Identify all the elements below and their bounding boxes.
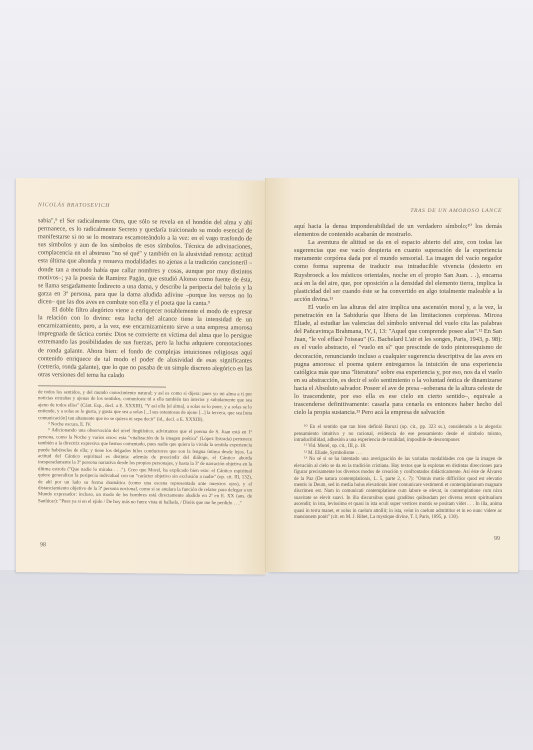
open-book: NICOLÁS BRATOSEVICH sabia",⁹ el Ser radi… bbox=[16, 178, 518, 572]
right-page: TRAS DE UN AMOROSO LANCE aquí hacia la d… bbox=[268, 178, 518, 572]
footnote: ⁹ Adicionando una observación del nivel … bbox=[38, 429, 252, 508]
background-surface bbox=[0, 570, 533, 750]
page-number: 99 bbox=[494, 536, 500, 542]
paragraph: El doble filtro alegórico viene a enriqu… bbox=[38, 306, 252, 381]
footnotes: de todos los sentidos, y del mundo conoc… bbox=[38, 390, 252, 508]
page-number: 98 bbox=[40, 542, 46, 548]
paragraph: La aventura de altitud se da en el espac… bbox=[294, 239, 502, 304]
footnote-rule bbox=[38, 385, 166, 387]
body-text: sabia",⁹ el Ser radicalmente Otro, que s… bbox=[38, 217, 252, 381]
paragraph: sabia",⁹ el Ser radicalmente Otro, que s… bbox=[38, 217, 252, 308]
background-top bbox=[0, 0, 533, 180]
left-page: NICOLÁS BRATOSEVICH sabia",⁹ el Ser radi… bbox=[16, 178, 266, 575]
body-text: aquí hacia la densa imponderabilidad de … bbox=[294, 223, 502, 417]
running-head-author: NICOLÁS BRATOSEVICH bbox=[38, 202, 252, 210]
running-head-title: TRAS DE UN AMOROSO LANCE bbox=[294, 208, 502, 214]
footnote: ¹³ No sé si se ha intentado una averigua… bbox=[294, 457, 502, 521]
footnote: ¹⁰ En el sentido que tan bien definió Ba… bbox=[294, 425, 502, 444]
footnotes: ¹⁰ En el sentido que tan bien definió Ba… bbox=[294, 425, 502, 521]
footnote: de todos los sentidos, y del mundo conoc… bbox=[38, 390, 252, 424]
paragraph: El vuelo en las alturas del aire implica… bbox=[294, 304, 502, 417]
paragraph: aquí hacia la densa imponderabilidad de … bbox=[294, 223, 502, 239]
